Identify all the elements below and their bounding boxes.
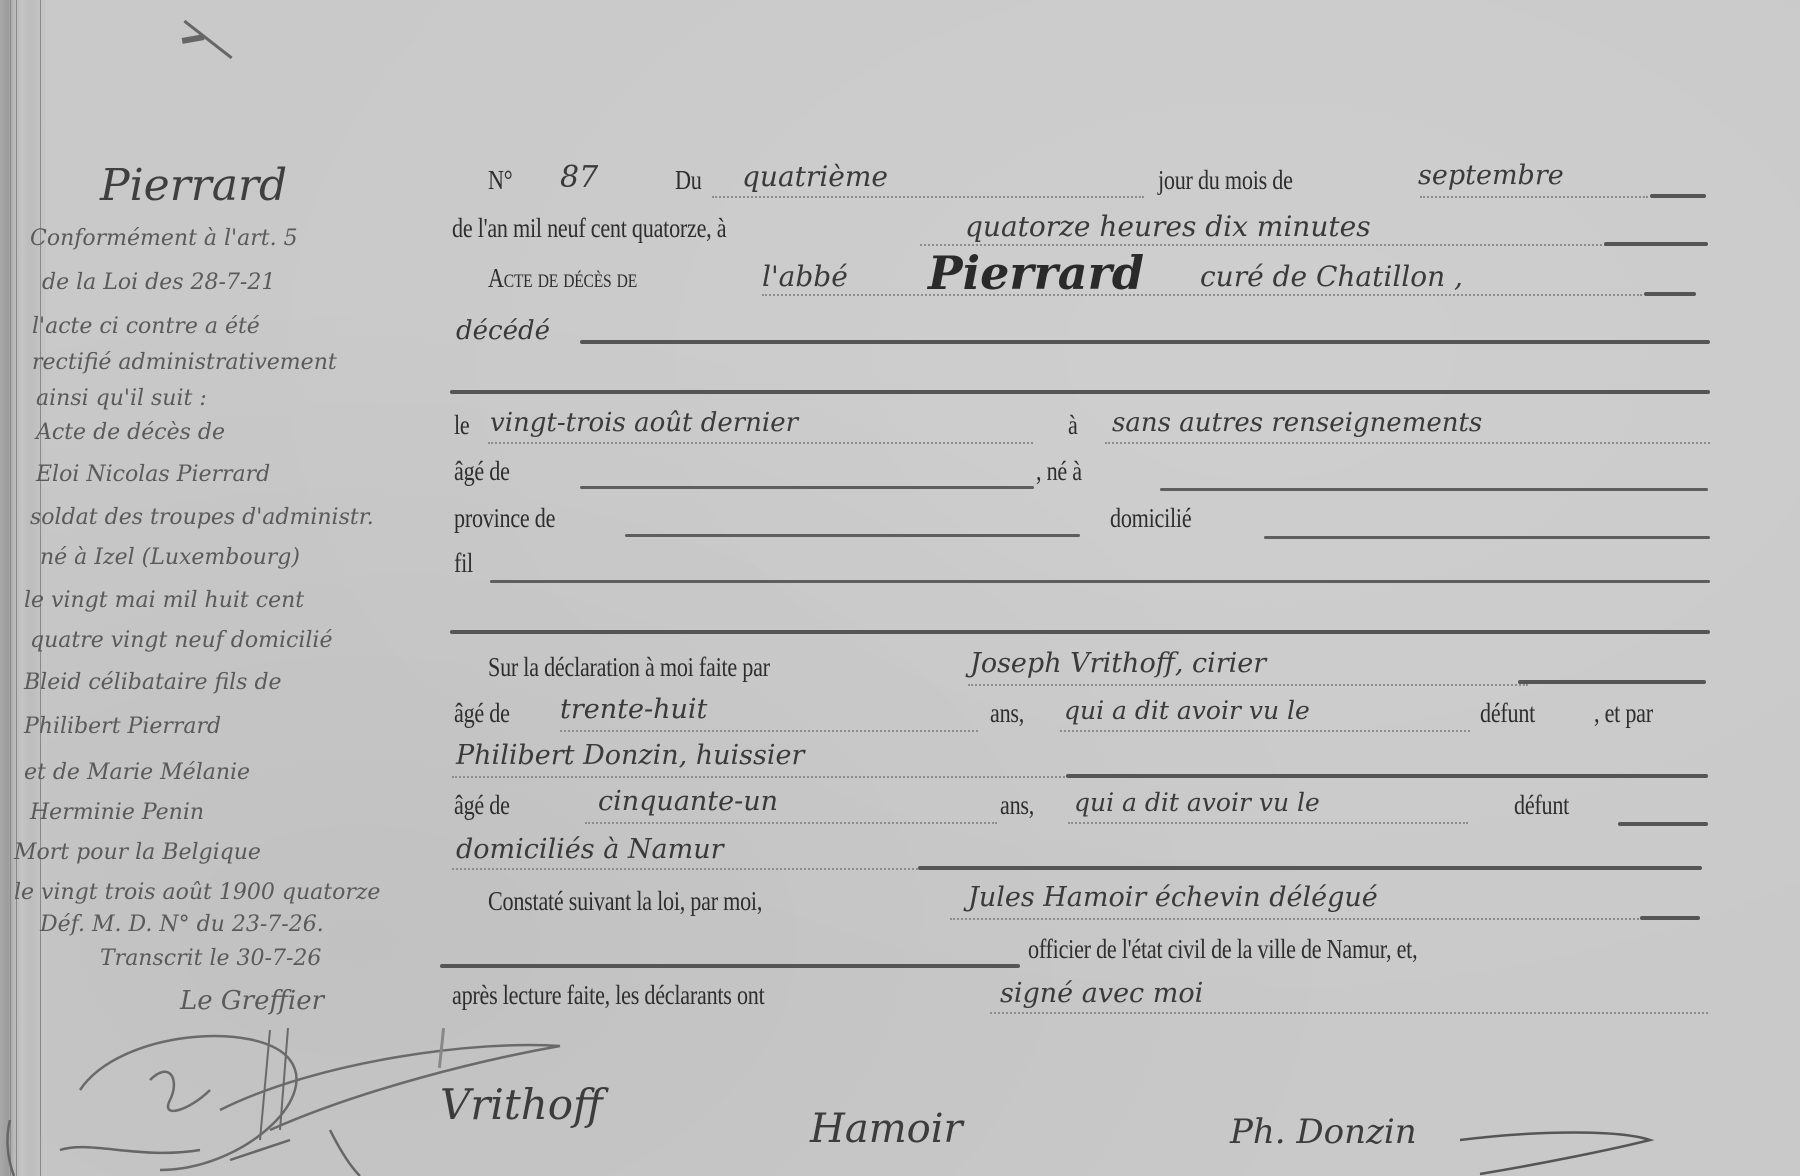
fill-bar [580, 340, 1710, 344]
declaration-label: Sur la déclaration à moi faite par [488, 652, 770, 683]
margin-line: l'acte ci contre a été [32, 314, 260, 339]
margin-line: et de Marie Mélanie [24, 760, 250, 785]
officer-name-value: Jules Hamoir échevin délégué [968, 882, 1378, 913]
declarant1-seen-value: qui a dit avoir vu le [1064, 696, 1310, 725]
officer-fill-line [950, 918, 1646, 920]
month-fill-line [1420, 196, 1648, 198]
closing-fill-line [990, 1012, 1708, 1014]
margin-line: né à Izel (Luxembourg) [40, 545, 300, 570]
month-label: jour du mois de [1158, 165, 1293, 196]
domicile-label: domicilié [1110, 503, 1191, 534]
margin-line: de la Loi des 28-7-21 [42, 270, 275, 295]
domicile-fill-bar [1264, 536, 1710, 539]
margin-line: Bleid célibataire fils de [24, 670, 282, 695]
declarant2-age-fill-line [585, 822, 997, 824]
officer-office-label: officier de l'état civil de la ville de … [1028, 934, 1417, 965]
declarant2-age-label: âgé de [454, 790, 510, 821]
a-label: à [1068, 410, 1078, 441]
signature-flourish [1460, 1120, 1660, 1176]
margin-line: Philibert Pierrard [24, 714, 221, 739]
fill-bar [918, 866, 1702, 870]
margin-line: ainsi qu'il suit : [36, 386, 207, 411]
declarant2-age-value: cinquante-un [598, 786, 778, 817]
margin-line: Conformément à l'art. 5 [30, 226, 298, 251]
acte-label: Acte de décès de [488, 263, 637, 294]
corner-mark [182, 34, 205, 44]
deceased-name: Pierrard [928, 246, 1144, 300]
place-fill-line [1105, 442, 1710, 444]
name-suffix: curé de Chatillon , [1200, 260, 1463, 293]
margin-line: Herminie Penin [30, 800, 204, 825]
fill-bar [1644, 292, 1696, 296]
declarant1-age-value: trente-huit [560, 694, 707, 725]
month-value: septembre [1418, 160, 1564, 191]
time-value: quatorze heures dix minutes [965, 210, 1371, 243]
death-place-value: sans autres renseignements [1112, 408, 1482, 438]
age-label: âgé de [454, 456, 510, 487]
declarant1-fill-line [968, 684, 1528, 686]
blank-rule [450, 390, 1710, 394]
margin-line: Transcrit le 30-7-26 [100, 946, 321, 971]
declarant1-name: Joseph Vrithoff, cirier [970, 648, 1266, 679]
record-number-value: 87 [560, 160, 598, 195]
fill-bar [1650, 194, 1706, 198]
declarant2-seen-value: qui a dit avoir vu le [1074, 788, 1320, 817]
fil-label: fil [454, 548, 473, 579]
binding-rule [10, 0, 11, 1176]
record-number-label: N° [488, 165, 512, 196]
fill-bar [1640, 916, 1700, 920]
seen-fill-line [1068, 822, 1468, 824]
defunt-label: défunt [1514, 790, 1569, 821]
signature-donzin: Ph. Donzin [1230, 1112, 1417, 1152]
fill-bar [1604, 242, 1708, 246]
province-fill-bar [625, 534, 1080, 537]
closing-label: après lecture faite, les déclarants ont [452, 980, 765, 1011]
margin-line: le vingt trois août 1900 quatorze [14, 880, 380, 905]
margin-line: Mort pour la Belgique [14, 840, 261, 865]
domicile-fill-line [452, 868, 922, 870]
closing-value: signé avec moi [1000, 978, 1203, 1009]
decede-value: décédé [456, 316, 550, 346]
blank-rule [450, 630, 1710, 634]
born-label: , né à [1036, 456, 1082, 487]
signature-vrithoff: Vrithoff [440, 1080, 603, 1129]
declarant1-age-label: âgé de [454, 698, 510, 729]
margin-line: rectifié administrativement [32, 350, 337, 375]
ans-label: ans, [990, 698, 1024, 729]
name-fill-line [762, 294, 1642, 296]
signature-hamoir: Hamoir [810, 1106, 963, 1152]
declarant2-fill-line [452, 776, 1072, 778]
name-prefix: l'abbé [762, 260, 848, 293]
officer-label: Constaté suivant la loi, par moi, [488, 886, 762, 917]
margin-line: Déf. M. D. N° du 23-7-26. [40, 912, 324, 937]
declarant2-name: Philibert Donzin, huissier [456, 740, 804, 771]
declarant1-age-fill-line [560, 730, 978, 732]
day-value: quatrième [742, 160, 888, 193]
margin-line: Acte de décès de [36, 420, 225, 445]
seen-fill-line [1060, 730, 1470, 732]
date-fill-line [488, 442, 1033, 444]
fill-bar [440, 964, 1020, 968]
fil-fill-bar [490, 580, 1710, 583]
et-par-label: , et par [1594, 698, 1653, 729]
margin-line: le vingt mai mil huit cent [24, 588, 304, 613]
age-fill-bar [580, 486, 1034, 489]
declarants-domicile-value: domiciliés à Namur [456, 834, 724, 865]
fill-bar [1066, 774, 1708, 778]
margin-line: soldat des troupes d'administr. [30, 505, 374, 530]
margin-line: Eloi Nicolas Pierrard [36, 462, 270, 487]
death-date-value: vingt-trois août dernier [490, 408, 798, 438]
margin-heading: Pierrard [100, 160, 287, 211]
du-label: Du [675, 165, 702, 196]
fill-bar [1518, 680, 1706, 684]
binding-rule [16, 0, 17, 1176]
fill-bar [1618, 822, 1708, 826]
ans-label: ans, [1000, 790, 1034, 821]
margin-bottom-handwriting [0, 1110, 460, 1176]
day-fill-line [712, 196, 1144, 198]
margin-signature: Le Greffier [180, 986, 324, 1016]
born-fill-bar [1160, 488, 1708, 491]
defunt-label: défunt [1480, 698, 1535, 729]
year-label: de l'an mil neuf cent quatorze, à [452, 213, 726, 244]
province-label: province de [454, 503, 555, 534]
margin-line: quatre vingt neuf domicilié [30, 628, 332, 653]
le-label: le [454, 410, 469, 441]
